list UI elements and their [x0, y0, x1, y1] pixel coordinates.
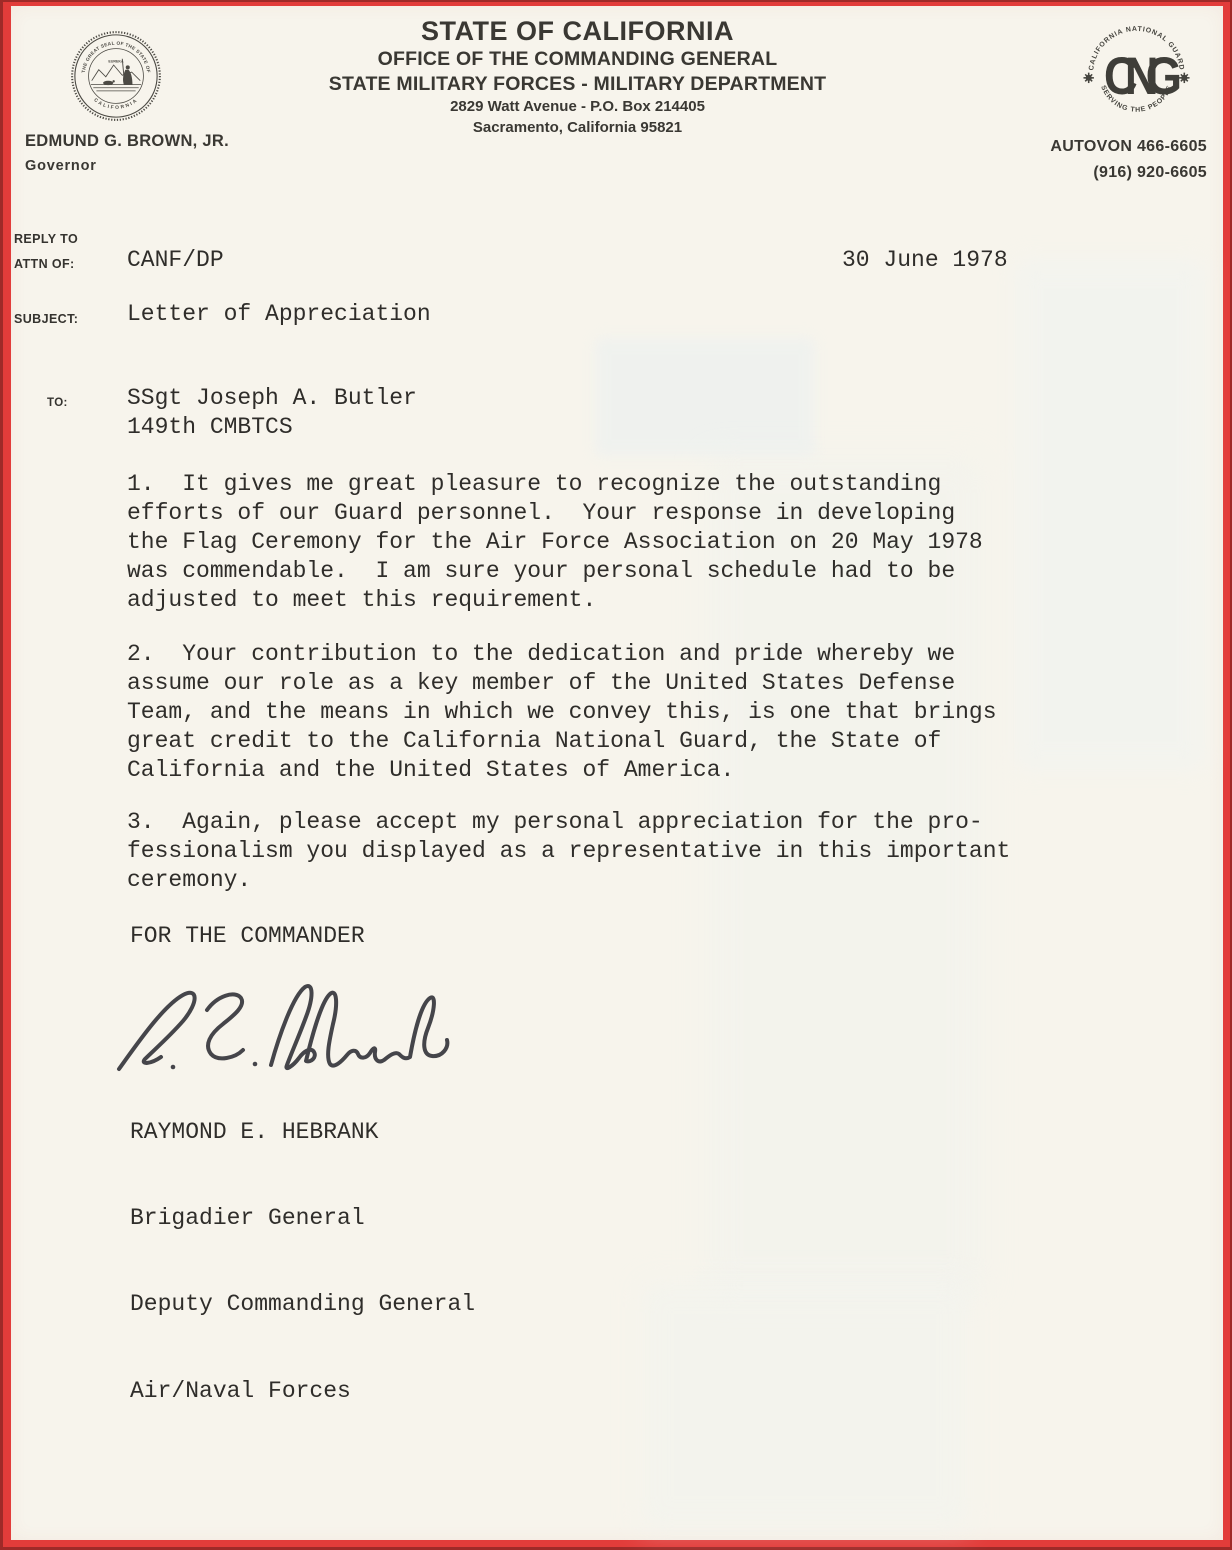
- governor-title: Governor: [25, 158, 229, 174]
- body-paragraph-2: 2. Your contribution to the dedication a…: [127, 640, 1057, 785]
- seal-figures: [103, 65, 132, 85]
- governor-block: EDMUND G. BROWN, JR. Governor: [25, 132, 229, 174]
- seal-motto: EUREKA: [108, 60, 124, 64]
- california-national-guard-logo-icon: CALIFORNIA NATIONAL GUARD SERVING THE PE…: [1080, 17, 1193, 130]
- letterhead: STATE OF CALIFORNIA OFFICE OF THE COMMAN…: [250, 16, 905, 138]
- letterhead-address-line1: 2829 Watt Avenue - P.O. Box 214405: [250, 96, 905, 117]
- reply-to-label-line1: REPLY TO: [14, 227, 78, 252]
- signer-rank: Brigadier General: [130, 1204, 475, 1233]
- scanned-letter-page: { "colors": { "border_red": "#e23c3a", "…: [0, 0, 1232, 1550]
- governor-name: EDMUND G. BROWN, JR.: [25, 132, 229, 151]
- letterhead-address-line2: Sacramento, California 95821: [250, 117, 905, 138]
- subject-value: Letter of Appreciation: [127, 300, 431, 329]
- contact-block: AUTOVON 466-6605 (916) 920-6605: [1050, 134, 1207, 186]
- letterhead-department-line: STATE MILITARY FORCES - MILITARY DEPARTM…: [250, 72, 905, 96]
- phone-number: (916) 920-6605: [1050, 160, 1207, 186]
- signer-command: Air/Naval Forces: [130, 1377, 475, 1406]
- reply-to-label-line2: ATTN OF:: [14, 252, 78, 277]
- letterhead-office-line: OFFICE OF THE COMMANDING GENERAL: [250, 47, 905, 72]
- reply-to-label: REPLY TO ATTN OF:: [14, 227, 78, 277]
- cng-gear-left-icon: [1083, 73, 1093, 83]
- subject-label: SUBJECT:: [14, 307, 78, 332]
- california-great-seal-icon: THE GREAT SEAL OF THE STATE OF CALIFORNI…: [69, 29, 163, 123]
- seal-ring-text-bottom: CALIFORNIA: [92, 97, 139, 111]
- signature-block: RAYMOND E. HEBRANK Brigadier General Dep…: [130, 1060, 475, 1434]
- reply-office-code: CANF/DP: [127, 246, 224, 275]
- signer-position: Deputy Commanding General: [130, 1290, 475, 1319]
- letterhead-state-title: STATE OF CALIFORNIA: [250, 16, 905, 47]
- recipient-block: SSgt Joseph A. Butler 149th CMBTCS: [127, 384, 417, 442]
- svg-text:CALIFORNIA: CALIFORNIA: [92, 97, 139, 111]
- signer-name: RAYMOND E. HEBRANK: [130, 1118, 475, 1147]
- cng-gear-right-icon: [1179, 73, 1189, 83]
- to-label: TO:: [47, 391, 68, 416]
- svg-text:CNG: CNG: [1104, 46, 1180, 105]
- cng-monogram: CNG: [1104, 46, 1180, 105]
- body-paragraph-3: 3. Again, please accept my personal appr…: [127, 808, 1077, 895]
- seal-outer-ring: [75, 35, 157, 117]
- for-the-commander-line: FOR THE COMMANDER: [130, 922, 365, 951]
- autovon-number: AUTOVON 466-6605: [1050, 134, 1207, 160]
- body-paragraph-1: 1. It gives me great pleasure to recogni…: [127, 470, 1047, 615]
- letter-date: 30 June 1978: [842, 246, 1008, 275]
